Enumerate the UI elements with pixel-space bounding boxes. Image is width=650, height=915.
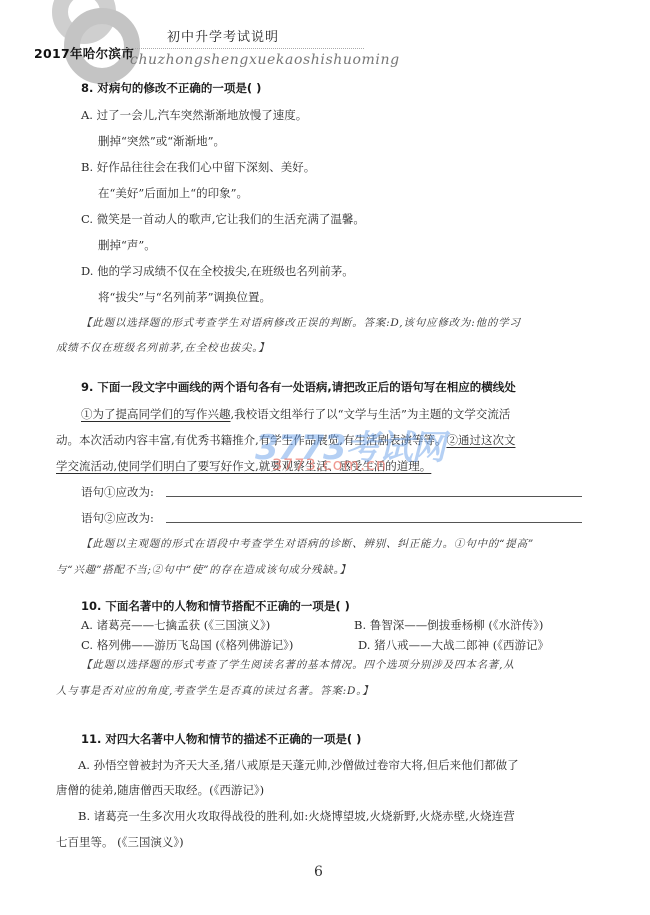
q9-stem: 9. 下面一段文字中画线的两个语句各有一处语病,请把改正后的语句写在相应的横线处 — [81, 379, 516, 395]
q9-passage-text: ,我校语文组举行了以“文学与生活”为主题的文学交流活 — [231, 407, 511, 421]
page-number: 6 — [314, 864, 323, 880]
q8-stem: 8. 对病句的修改不正确的一项是( ) — [81, 80, 261, 96]
q10-option-d: D. 猪八戒——大战二郎神 (《西游记》 — [358, 637, 549, 653]
q9-analysis-line-2: 与“兴趣”搭配不当;②句中“使”的存在造成该句成分残缺。】 — [56, 562, 351, 578]
q11-option-b-line-2: 七百里等。 (《三国演义》) — [56, 834, 184, 850]
q10-option-a: A. 诸葛亮——七擒孟获 (《三国演义》) — [81, 617, 270, 633]
q10-stem: 10. 下面名著中的人物和情节搭配不正确的一项是( ) — [81, 598, 350, 614]
q8-option-c-fix: 删掉“声”。 — [98, 237, 156, 253]
q11-option-a-line-1: A. 孙悟空曾被封为齐天大圣,猪八戒原是天蓬元帅,沙僧做过卷帘大将,但后来他们都… — [78, 757, 519, 773]
q8-option-b-fix: 在“美好”后面加上“的印象”。 — [98, 185, 248, 201]
header-pinyin: chuzhongshengxuekaoshishuoming — [130, 52, 400, 68]
q9-analysis-line-1: 【此题以主观题的形式在语段中考查学生对语病的诊断、辨别、纠正能力。①句中的“提高… — [81, 536, 534, 552]
q10-option-b: B. 鲁智深——倒拔垂杨柳 (《水浒传》) — [354, 617, 543, 633]
q8-option-c: C. 微笑是一首动人的歌声,它让我们的生活充满了温馨。 — [81, 211, 365, 227]
q8-analysis-line-1: 【此题以选择题的形式考查学生对语病修改正误的判断。答案:D,该句应修改为:他的学… — [81, 315, 521, 331]
q11-option-a-line-2: 唐僧的徒弟,随唐僧西天取经。(《西游记》) — [56, 782, 264, 798]
q8-analysis-line-2: 成绩不仅在班级名列前茅,在全校也拔尖。】 — [56, 340, 270, 356]
q9-answer-label-2: 语句②应改为: — [81, 510, 154, 526]
watermark-url: 3773.com.cn — [272, 455, 387, 474]
q9-underlined-sentence-2: ②通过这次文 — [446, 433, 515, 447]
q8-option-b: B. 好作品往往会在我们心中留下深刻、美好。 — [81, 159, 315, 175]
header-divider — [126, 48, 364, 49]
q8-option-d-fix: 将“拔尖”与“名列前茅”调换位置。 — [98, 289, 271, 305]
header-title: 初中升学考试说明 — [167, 26, 279, 45]
q8-option-a: A. 过了一会儿,汽车突然渐渐地放慢了速度。 — [81, 107, 307, 123]
q9-underlined-sentence-1: ①为了提高同学们的写作兴趣 — [81, 407, 231, 421]
header-city-year: 2017年哈尔滨市 — [34, 44, 134, 62]
q9-answer-blank-1[interactable] — [166, 496, 582, 497]
q11-stem: 11. 对四大名著中人物和情节的描述不正确的一项是( ) — [81, 731, 361, 747]
q9-answer-label-1: 语句①应改为: — [81, 484, 154, 500]
q11-option-b-line-1: B. 诸葛亮一生多次用火攻取得战役的胜利,如:火烧博望坡,火烧新野,火烧赤壁,火… — [78, 808, 515, 824]
q8-option-a-fix: 删掉“突然”或“渐渐地”。 — [98, 133, 225, 149]
q10-analysis-line-2: 人与事是否对应的角度,考查学生是否真的读过名著。答案:D。】 — [56, 683, 374, 699]
q10-option-c: C. 格列佛——游历飞岛国 (《格列佛游记》) — [81, 637, 293, 653]
q9-answer-blank-2[interactable] — [166, 522, 582, 523]
q10-analysis-line-1: 【此题以选择题的形式考查了学生阅读名著的基本情况。四个选项分别涉及四本名著,从 — [81, 657, 515, 673]
q8-option-d: D. 他的学习成绩不仅在全校拔尖,在班级也名列前茅。 — [81, 263, 354, 279]
